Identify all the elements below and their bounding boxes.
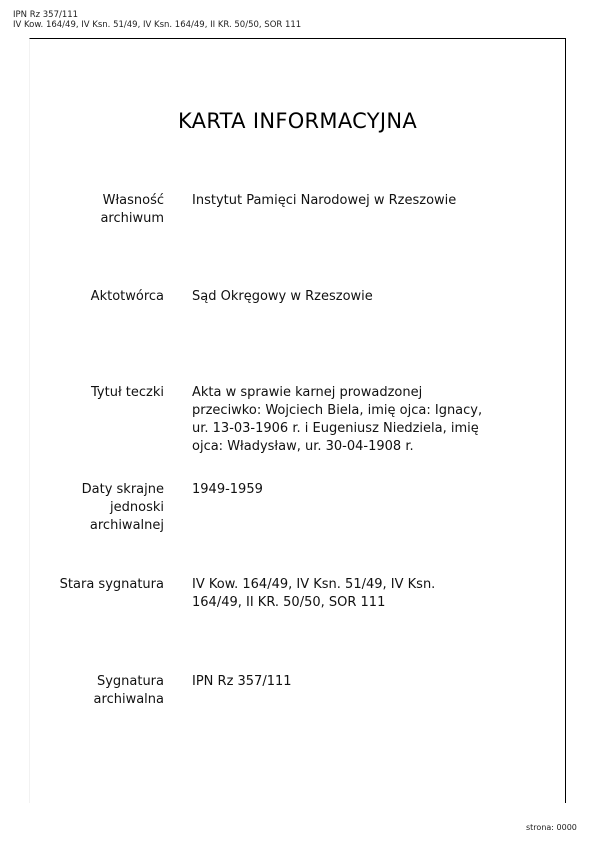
field-label: Sygnaturaarchiwalna [24,673,164,709]
page-title: KARTA INFORMACYJNA [0,108,595,134]
page-number: strona: 0000 [526,823,577,833]
field-label: Daty skrajnejednoskiarchiwalnej [24,481,164,535]
field-label: Aktotwórca [24,288,164,306]
field-label: Tytuł teczki [24,384,164,402]
field-value: 1949-1959 [192,481,532,499]
field-value: Sąd Okręgowy w Rzeszowie [192,288,532,306]
field-label: Własnośćarchiwum [24,192,164,228]
field-value: IPN Rz 357/111 [192,673,532,691]
field-value: Akta w sprawie karnej prowadzonejprzeciw… [192,384,532,456]
field-value: Instytut Pamięci Narodowej w Rzeszowie [192,192,532,210]
field-value: IV Kow. 164/49, IV Ksn. 51/49, IV Ksn.16… [192,576,532,612]
header-old-signatures: IV Kow. 164/49, IV Ksn. 51/49, IV Ksn. 1… [13,20,301,30]
field-label: Stara sygnatura [24,576,164,594]
header-signature: IPN Rz 357/111 [13,10,78,20]
